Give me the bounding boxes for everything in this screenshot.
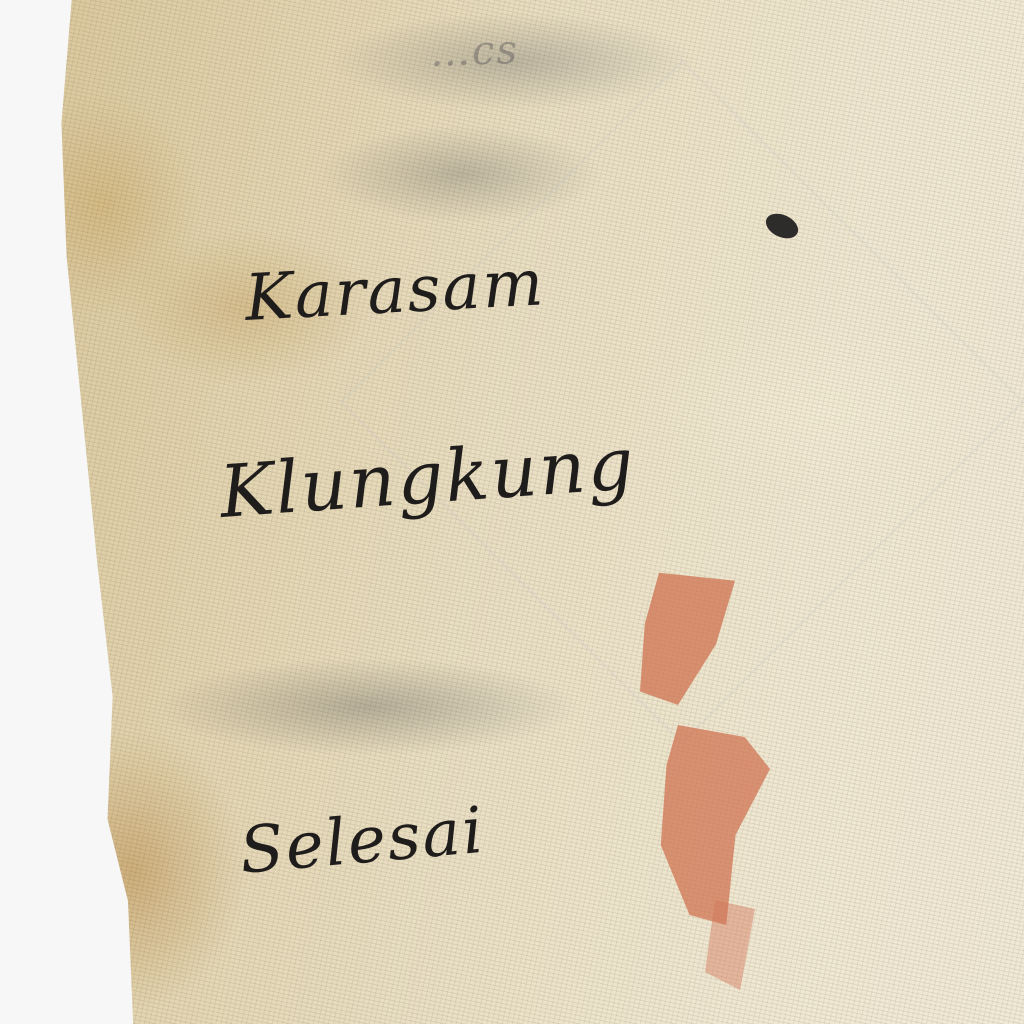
inscription-faded-top: …cs (429, 27, 519, 76)
photo-scene: …cs Karasam Klungkung Selesai (0, 0, 1024, 1024)
inscription-karasam: Karasam (243, 246, 547, 336)
